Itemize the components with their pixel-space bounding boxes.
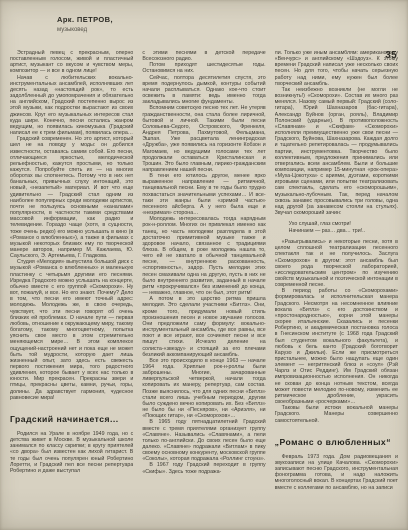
section-heading-romance: „Романс о влюбленных“ <box>275 437 398 447</box>
verse-lines: Ухо слушай, глаз смотри! Начинаем — раз…… <box>289 221 398 234</box>
article-paragraph: Все это происходило в конце 1963 — начал… <box>142 358 265 420</box>
section-heading-gradsky-begins: Градский начинается... <box>10 414 133 424</box>
article-paragraph: ли. Только уже иным ансамблям: американс… <box>275 50 398 87</box>
verse-line: Начинаем — раз… два… три!.. <box>289 228 398 234</box>
article-paragraph: Потом приходят шестидесятые годы. Остано… <box>142 62 265 74</box>
article-paragraph: Февраль 1973 года. Дом радиовещания и зв… <box>275 454 398 491</box>
article-paragraph: Вспомним советскую песню тех лет. Не уте… <box>142 105 265 173</box>
article-paragraph: В период работы со «Скоморохами» формиро… <box>275 288 398 405</box>
column-2: с этими песнями в детской передаче Всесо… <box>142 50 265 526</box>
author-block: Арк. ПЕТРОВ, музыковед <box>57 16 113 34</box>
article-paragraph: Таковы были истоки вокальной манеры Град… <box>275 405 398 423</box>
article-paragraph: Молодежь интересовалась тогда нарядным р… <box>142 216 265 296</box>
article-paragraph: Сейчас, полтора десятилетия спустя, это … <box>142 75 265 106</box>
magazine-page-scan: Арк. ПЕТРОВ, музыковед 35 Эстрадный певе… <box>0 0 408 530</box>
article-paragraph: Начав с любительских вокально-инструмент… <box>10 75 133 137</box>
article-paragraph: с этими песнями в детской передаче Всесо… <box>142 50 265 62</box>
article-paragraph: В 1967 году Градский переходит в группу … <box>142 462 265 474</box>
article-paragraph: Эстрадный певец с прекрасным, оперно пос… <box>10 50 133 75</box>
article-paragraph: Градский современен. Но это артист, кото… <box>10 136 133 259</box>
column-3: ли. Только уже иным ансамблям: американс… <box>275 50 398 526</box>
column-1: Эстрадный певец с прекрасным, оперно пос… <box>10 50 133 526</box>
article-paragraph: В 1965 году пятнадцатилетний Градский вм… <box>142 419 265 462</box>
author-role: музыковед <box>57 27 113 34</box>
article-paragraph: Так неизбежно возникли (не могли не возн… <box>275 87 398 216</box>
article-paragraph: Студия «Мелодия» выпустила большой диск … <box>10 259 133 401</box>
article-paragraph: В тени его ютилось другое, менее ярко вы… <box>142 173 265 216</box>
article-paragraph: А потом в это царство ритма пришла мелод… <box>142 296 265 358</box>
article-paragraph: Родился на Урале в ноябре 1949 года, но … <box>10 431 133 474</box>
article-columns: Эстрадный певец с прекрасным, оперно пос… <box>10 50 398 526</box>
article-paragraph: «Разыгрывались» и некоторые песни, хотя … <box>275 239 398 288</box>
author-name: Арк. ПЕТРОВ, <box>57 16 113 25</box>
